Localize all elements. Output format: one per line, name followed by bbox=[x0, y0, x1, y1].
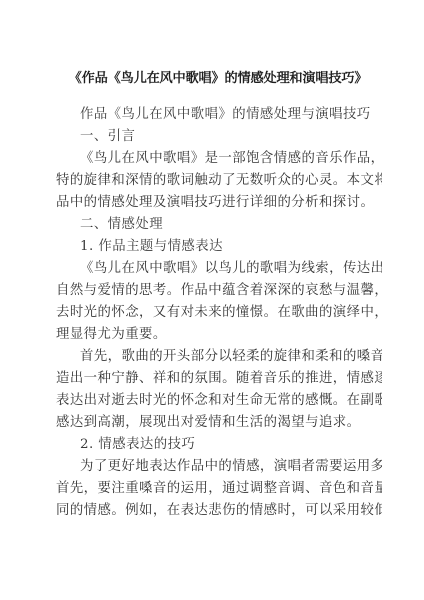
paragraph-line: 自然与爱情的思考。作品中蕴含着深深的哀愁与温馨，既有对逝 bbox=[56, 280, 382, 302]
subsection-heading-techniques: 2. 情感表达的技巧 bbox=[56, 434, 382, 456]
paragraph-line: 《鸟儿在风中歌唱》以鸟儿的歌唱为线索，传达出对生命、 bbox=[56, 258, 382, 280]
paragraph-line: 首先，要注重嗓音的运用，通过调整音调、音色和音量来表现不 bbox=[56, 478, 382, 500]
section-heading-introduction: 一、引言 bbox=[56, 126, 382, 148]
paragraph-line: 表达出对逝去时光的怀念和对生命无常的感慨。在副歌部分，情 bbox=[56, 390, 382, 412]
paragraph-line: 感达到高潮，展现出对爱情和生活的渴望与追求。 bbox=[56, 412, 382, 434]
paragraph-line: 理显得尤为重要。 bbox=[56, 324, 382, 346]
document-body: 作品《鸟儿在风中歌唱》的情感处理与演唱技巧 一、引言 《鸟儿在风中歌唱》是一部饱… bbox=[56, 104, 382, 522]
paragraph-theme: 《鸟儿在风中歌唱》以鸟儿的歌唱为线索，传达出对生命、 自然与爱情的思考。作品中蕴… bbox=[56, 258, 382, 346]
section-heading-emotion-handling: 二、情感处理 bbox=[56, 214, 382, 236]
paragraph-line: 特的旋律和深情的歌词触动了无数听众的心灵。本文将就这首作 bbox=[56, 170, 382, 192]
paragraph-techniques: 为了更好地表达作品中的情感，演唱者需要运用多种技巧。 首先，要注重嗓音的运用，通… bbox=[56, 456, 382, 522]
paragraph-line: 品中的情感处理及演唱技巧进行详细的分析和探讨。 bbox=[56, 192, 382, 214]
paragraph-line: 为了更好地表达作品中的情感，演唱者需要运用多种技巧。 bbox=[56, 456, 382, 478]
subsection-heading-theme: 1. 作品主题与情感表达 bbox=[56, 236, 382, 258]
paragraph-line: 同的情感。例如，在表达悲伤的情感时，可以采用较低的音调和 bbox=[56, 500, 382, 522]
paragraph-line: 造出一种宁静、祥和的氛围。随着音乐的推进，情感逐渐加深， bbox=[56, 368, 382, 390]
document-title: 《作品《鸟儿在风中歌唱》的情感处理和演唱技巧》 bbox=[0, 70, 424, 88]
paragraph-song-progression: 首先，歌曲的开头部分以轻柔的旋律和柔和的嗓音开始，营 造出一种宁静、祥和的氛围。… bbox=[56, 346, 382, 434]
paragraph-line: 首先，歌曲的开头部分以轻柔的旋律和柔和的嗓音开始，营 bbox=[56, 346, 382, 368]
document-page: 《作品《鸟儿在风中歌唱》的情感处理和演唱技巧》 作品《鸟儿在风中歌唱》的情感处理… bbox=[0, 0, 424, 600]
document-subtitle: 作品《鸟儿在风中歌唱》的情感处理与演唱技巧 bbox=[56, 104, 382, 126]
paragraph-line: 《鸟儿在风中歌唱》是一部饱含情感的音乐作品，它以其独 bbox=[56, 148, 382, 170]
paragraph-line: 去时光的怀念，又有对未来的憧憬。在歌曲的演绎中，情感的处 bbox=[56, 302, 382, 324]
paragraph-introduction: 《鸟儿在风中歌唱》是一部饱含情感的音乐作品，它以其独 特的旋律和深情的歌词触动了… bbox=[56, 148, 382, 214]
